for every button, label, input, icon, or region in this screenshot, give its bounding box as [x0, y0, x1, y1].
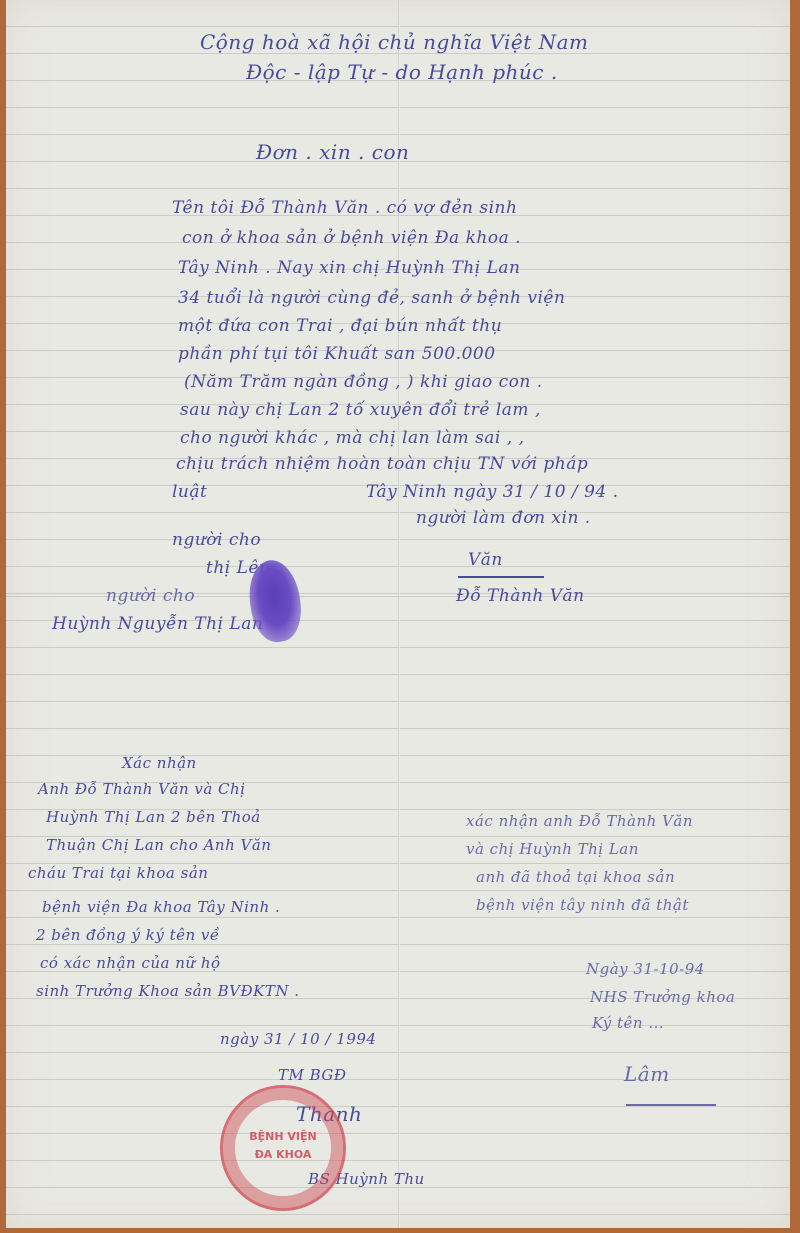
confirmation-line: 2 bên đồng ý ký tên về [36, 926, 220, 944]
body-line: Tên tôi Đỗ Thành Văn . có vợ đẻn sinh [172, 198, 517, 218]
right-confirmation-signature: Lâm [624, 1062, 670, 1086]
right-confirmation-line: xác nhận anh Đỗ Thành Văn [466, 812, 693, 830]
right-confirmation-date: Ngày 31-10-94 [586, 960, 705, 978]
body-line: (Năm Trăm ngàn đồng , ) khi giao con . [184, 372, 543, 392]
body-line: cho người khác , mà chị lan làm sai , , [180, 428, 524, 448]
giver-label-2: người cho [106, 586, 195, 606]
confirmation-role: TM BGĐ [278, 1066, 347, 1084]
body-line: sau này chị Lan 2 tố xuyên đổi trẻ lam , [180, 400, 541, 420]
confirmation-line: Huỳnh Thị Lan 2 bên Thoả [46, 808, 261, 826]
applicant-name: Đỗ Thành Văn [456, 586, 585, 606]
right-confirmation-line: anh đã thoả tại khoa sản [476, 868, 675, 886]
header-line-2: Độc - lập Tự - do Hạnh phúc . [246, 60, 558, 84]
giver-name: Huỳnh Nguyễn Thị Lan [52, 614, 263, 634]
stamp-text-line-1: BỆNH VIỆN [223, 1130, 343, 1143]
body-line: phần phí tụi tôi Khuất san 500.000 [178, 344, 496, 364]
signature-underline [458, 576, 544, 578]
giver-label: người cho [172, 530, 261, 550]
body-line: chịu trách nhiệm hoàn toàn chịu TN với p… [176, 454, 588, 474]
confirmation-line: cháu Trai tại khoa sản [28, 864, 208, 882]
hospital-stamp: BỆNH VIỆN ĐA KHOA [220, 1085, 346, 1211]
place-date: Tây Ninh ngày 31 / 10 / 94 . [366, 482, 619, 502]
applicant-signature: Văn [468, 550, 503, 570]
stamp-text-line-2: ĐA KHOA [223, 1148, 343, 1161]
confirmation-line: Anh Đỗ Thành Văn và Chị [38, 780, 246, 798]
document-title: Đơn . xin . con [256, 140, 409, 164]
applicant-label: người làm đơn xin . [416, 508, 591, 528]
body-line: một đứa con Trai , đại bún nhất thụ [178, 316, 502, 336]
right-confirmation-sign-note: Ký tên ... [592, 1014, 664, 1032]
right-confirmation-role: NHS Trưởng khoa [590, 988, 735, 1006]
confirmation-title: Xác nhận [122, 754, 197, 772]
confirmation-line: sinh Trưởng Khoa sản BVĐKTN . [36, 982, 300, 1000]
confirmation-line: có xác nhận của nữ hộ [40, 954, 221, 972]
right-confirmation-line: bệnh viện tây ninh đã thật [476, 896, 689, 914]
body-line: Tây Ninh . Nay xin chị Huỳnh Thị Lan [178, 258, 520, 278]
right-signature-underline [626, 1104, 716, 1106]
vertical-fold-crease [398, 0, 400, 1228]
confirmation-line: Thuận Chị Lan cho Anh Văn [46, 836, 271, 854]
body-line: 34 tuổi là người cùng đẻ, sanh ở bệnh vi… [178, 288, 565, 308]
handwritten-document-page: Cộng hoà xã hội chủ nghĩa Việt Nam Độc -… [6, 0, 790, 1228]
right-confirmation-line: và chị Huỳnh Thị Lan [466, 840, 639, 858]
body-line: luật [172, 482, 207, 502]
confirmation-date: ngày 31 / 10 / 1994 [220, 1030, 376, 1048]
body-line: con ở khoa sản ở bệnh viện Đa khoa . [182, 228, 521, 248]
header-line-1: Cộng hoà xã hội chủ nghĩa Việt Nam [200, 30, 589, 54]
confirmation-line: bệnh viện Đa khoa Tây Ninh . [42, 898, 280, 916]
